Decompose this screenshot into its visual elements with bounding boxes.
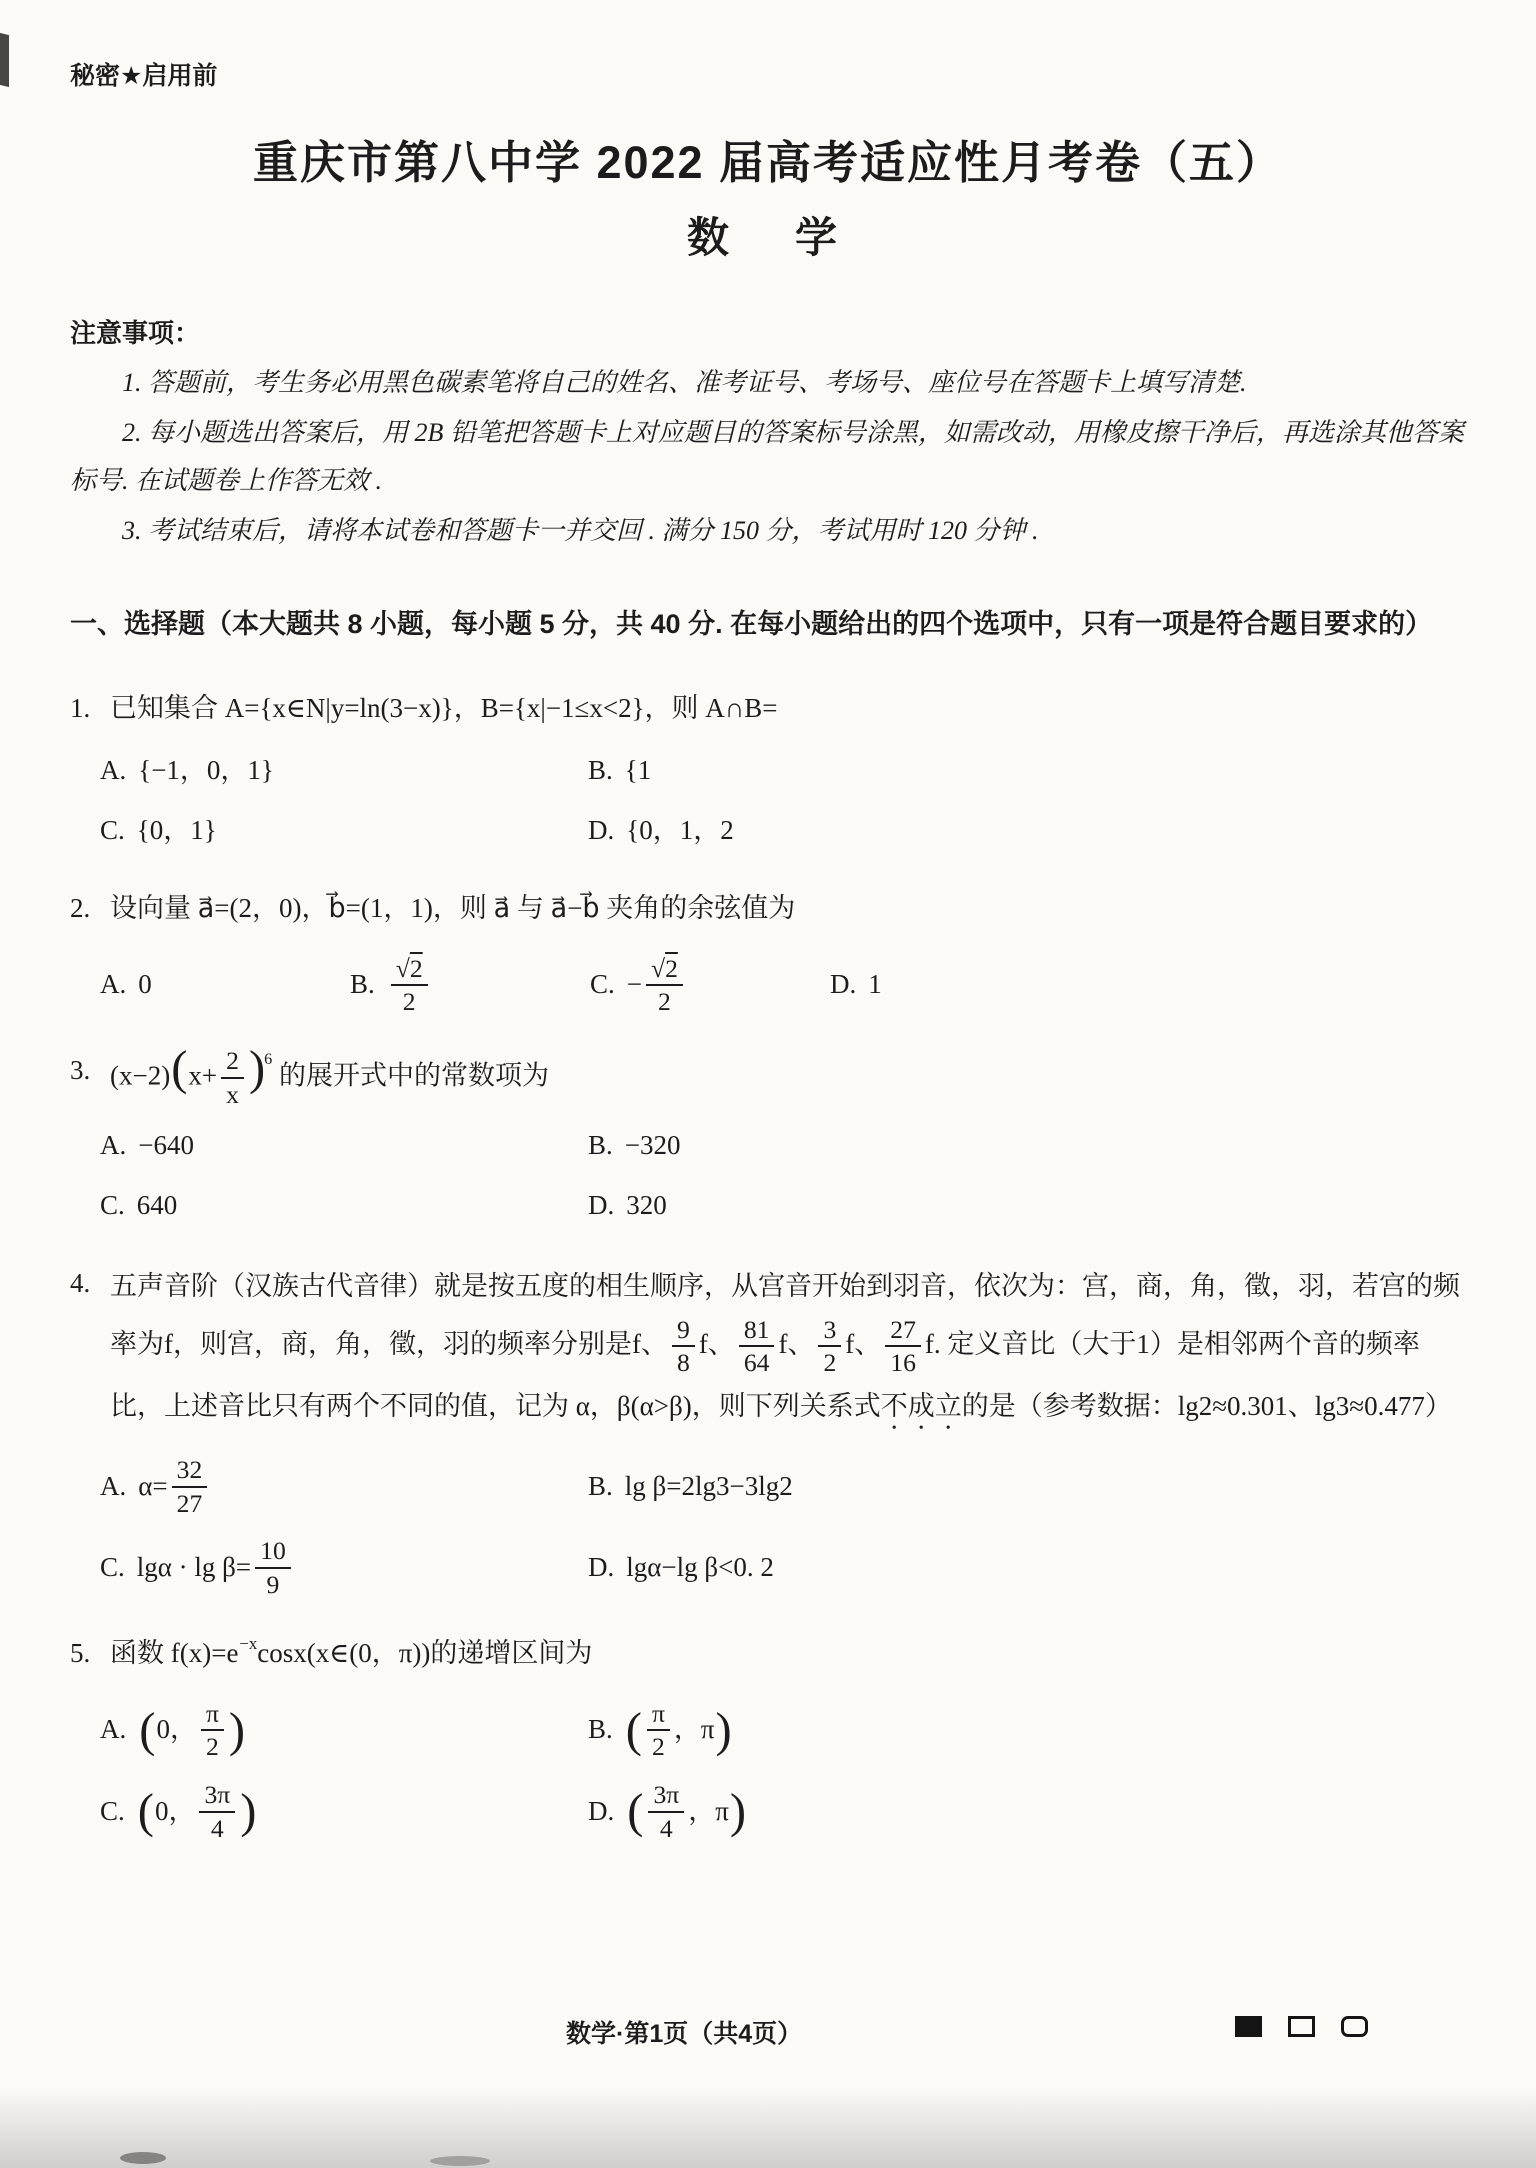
numerator: 27 <box>885 1316 921 1348</box>
option-label: C. <box>100 1789 125 1835</box>
numerator: 81 <box>739 1316 775 1348</box>
numerator: π <box>201 1700 224 1732</box>
numerator: π <box>647 1700 670 1732</box>
stem-text: 函数 f(x)=e <box>110 1638 238 1668</box>
option-3B: B. −320 <box>588 1123 1466 1169</box>
fraction: π2 <box>647 1700 670 1761</box>
option-text: 1 <box>868 962 882 1008</box>
option-3A: A. −640 <box>100 1123 588 1169</box>
option-label: B. <box>588 748 613 794</box>
fraction: 32 <box>818 1316 841 1377</box>
option-1A: A. {−1，0，1} <box>100 748 588 794</box>
option-3C: C. 640 <box>100 1183 588 1229</box>
page-footer: 数学·第1页（共4页） <box>0 2014 1536 2050</box>
numerator: 32 <box>172 1456 208 1488</box>
option-1C: C. {0，1} <box>100 808 588 854</box>
numerator: 3π <box>199 1781 235 1813</box>
fraction: 98 <box>672 1316 695 1377</box>
option-2B: B. √2 2 <box>350 955 590 1016</box>
option-label: D. <box>588 808 614 854</box>
option-text: lgα · lg β= <box>137 1545 251 1591</box>
footer-page-label: 数学·第1页（共4页） <box>566 2014 802 2050</box>
question-4: 4. 五声音阶（汉族古代音律）就是按五度的相生顺序，从宫音开始到羽音，依次为：宫… <box>70 1257 1466 1599</box>
denominator: 4 <box>211 1813 224 1843</box>
question-number: 2. <box>70 882 110 935</box>
option-text: {−1，0，1} <box>138 748 274 794</box>
fraction: 3π4 <box>648 1781 684 1842</box>
option-1B: B. {1 <box>588 748 1466 794</box>
option-4D: D. lgα−lg β<0. 2 <box>588 1545 1466 1591</box>
stem-text: 的是（参考数据：lg2≈0.301、lg3≈0.477） <box>962 1391 1452 1421</box>
denominator: 2 <box>652 1731 665 1761</box>
notice-heading: 注意事项： <box>70 309 1466 357</box>
option-3D: D. 320 <box>588 1183 1466 1229</box>
notice-item-2: 2. 每小题选出答案后，用 2B 铅笔把答题卡上对应题目的答案标号涂黑，如需改动… <box>70 409 1466 505</box>
radicand: 2 <box>410 954 423 983</box>
print-mark-square-icon <box>1288 2016 1315 2037</box>
option-label: C. <box>100 1183 125 1229</box>
option-text: −640 <box>138 1123 194 1169</box>
denominator: 27 <box>177 1488 203 1518</box>
denominator: 9 <box>267 1569 280 1599</box>
option-label: A. <box>100 748 126 794</box>
option-text: 320 <box>626 1183 667 1229</box>
stem-text: f、 <box>845 1329 881 1359</box>
option-text: {1 <box>625 748 651 794</box>
minus-sign: − <box>627 962 642 1008</box>
scan-artifact <box>430 2156 490 2166</box>
fraction: 3π4 <box>199 1781 235 1842</box>
question-number: 3. <box>70 1044 110 1109</box>
radicand: 2 <box>665 954 678 983</box>
option-5C: C. ( 0， 3π4 ) <box>100 1781 588 1842</box>
question-1: 1. 已知集合 A={x∈N|y=ln(3−x)}，B={x|−1≤x<2}，则… <box>70 682 1466 854</box>
numerator: 3π <box>648 1781 684 1813</box>
option-5A: A. ( 0， π2 ) <box>100 1700 588 1761</box>
stem-text: x+ <box>188 1060 217 1090</box>
option-label: D. <box>830 962 856 1008</box>
fraction: √2 2 <box>391 955 428 1016</box>
option-text: ，π <box>688 1789 729 1835</box>
options-row: C. lgα · lg β= 109 D. lgα−lg β<0. 2 <box>100 1537 1466 1598</box>
question-stem: 设向量 a⃗=(2，0)，b⃗=(1，1)，则 a⃗ 与 a⃗−b⃗ 夹角的余弦… <box>110 882 1466 935</box>
options-row: A. 0 B. √2 2 C. − √2 2 D. 1 <box>100 955 1466 1016</box>
fraction: 109 <box>255 1537 291 1598</box>
numerator: 3 <box>818 1316 841 1348</box>
question-stem: (x−2)(x+2x)6 的展开式中的常数项为 <box>110 1044 1466 1109</box>
close-paren: ) <box>229 1706 245 1755</box>
question-3: 3. (x−2)(x+2x)6 的展开式中的常数项为 A. −640 B. −3… <box>70 1044 1466 1229</box>
radical-sign: √ <box>651 954 665 983</box>
option-5B: B. ( π2 ，π ) <box>588 1700 1466 1761</box>
print-mark-filled-square-icon <box>1235 2016 1262 2037</box>
question-stem: 已知集合 A={x∈N|y=ln(3−x)}，B={x|−1≤x<2}，则 A∩… <box>110 682 1466 735</box>
stem-text: (x−2) <box>110 1060 170 1090</box>
fraction: 8164 <box>739 1316 775 1377</box>
option-4C: C. lgα · lg β= 109 <box>100 1537 588 1598</box>
fraction: 3227 <box>172 1456 208 1517</box>
notice-item-1: 1. 答题前，考生务必用黑色碳素笔将自己的姓名、准考证号、考场号、座位号在答题卡… <box>70 359 1466 407</box>
option-text: ，π <box>674 1707 715 1753</box>
option-label: C. <box>590 962 615 1008</box>
denominator: 16 <box>890 1347 916 1377</box>
stem-text: 的展开式中的常数项为 <box>272 1060 549 1090</box>
option-label: A. <box>100 1464 126 1510</box>
option-text: lgα−lg β<0. 2 <box>626 1545 774 1591</box>
question-number: 4. <box>70 1257 110 1437</box>
stem-text: f、 <box>699 1329 735 1359</box>
open-paren: ( <box>139 1706 155 1755</box>
option-label: B. <box>588 1123 613 1169</box>
denominator: 2 <box>658 986 671 1016</box>
fraction: 2x <box>221 1047 244 1108</box>
option-2A: A. 0 <box>100 962 350 1008</box>
options-row: A. α= 3227 B. lg β=2lg3−3lg2 <box>100 1456 1466 1517</box>
fraction: √2 2 <box>646 955 683 1016</box>
question-2: 2. 设向量 a⃗=(2，0)，b⃗=(1，1)，则 a⃗ 与 a⃗−b⃗ 夹角… <box>70 882 1466 1016</box>
notice-section: 注意事项： 1. 答题前，考生务必用黑色碳素笔将自己的姓名、准考证号、考场号、座… <box>70 309 1466 555</box>
emphasized-text: 不成立 <box>881 1391 962 1421</box>
option-text: −320 <box>625 1123 681 1169</box>
option-4A: A. α= 3227 <box>100 1456 588 1517</box>
close-paren: ) <box>249 1041 265 1095</box>
scan-artifact <box>120 2152 166 2164</box>
denominator: 2 <box>403 986 416 1016</box>
question-number: 5. <box>70 1627 110 1680</box>
page-title: 重庆市第八中学 2022 届高考适应性月考卷（五） <box>70 126 1466 191</box>
numerator: 2 <box>221 1047 244 1079</box>
open-paren: ( <box>627 1787 643 1836</box>
option-text: α= <box>138 1464 167 1510</box>
option-4B: B. lg β=2lg3−3lg2 <box>588 1464 1466 1510</box>
option-text: 0， <box>156 1707 197 1753</box>
subject-title: 数 学 <box>70 205 1466 265</box>
option-1D: D. {0，1，2 <box>588 808 1466 854</box>
option-label: A. <box>100 962 126 1008</box>
option-label: B. <box>350 962 375 1008</box>
option-label: D. <box>588 1789 614 1835</box>
denominator: 2 <box>823 1347 836 1377</box>
question-stem: 五声音阶（汉族古代音律）就是按五度的相生顺序，从宫音开始到羽音，依次为：宫，商，… <box>110 1257 1466 1437</box>
radical-sign: √ <box>396 954 410 983</box>
denominator: 2 <box>206 1731 219 1761</box>
denominator: 8 <box>677 1347 690 1377</box>
option-text: lg β=2lg3−3lg2 <box>625 1464 793 1510</box>
option-2D: D. 1 <box>830 962 1466 1008</box>
fraction: π2 <box>201 1700 224 1761</box>
option-label: A. <box>100 1123 126 1169</box>
option-label: A. <box>100 1707 126 1753</box>
option-label: D. <box>588 1183 614 1229</box>
numerator: √2 <box>646 955 683 987</box>
classification-label: 秘密★启用前 <box>70 56 1466 92</box>
denominator: 64 <box>744 1347 770 1377</box>
question-5: 5. 函数 f(x)=e−xcosx(x∈(0，π))的递增区间为 A. ( 0… <box>70 1627 1466 1842</box>
denominator: x <box>226 1079 239 1109</box>
option-label: D. <box>588 1545 614 1591</box>
stem-text: cosx(x∈(0，π))的递增区间为 <box>257 1638 592 1668</box>
options-row: C. ( 0， 3π4 ) D. ( 3π4 ，π ) <box>100 1781 1466 1842</box>
option-text: {0，1，2 <box>626 808 733 854</box>
option-text: 0 <box>138 962 152 1008</box>
numerator: 10 <box>255 1537 291 1569</box>
options-row: A. −640 B. −320 <box>100 1123 1466 1169</box>
notice-item-3: 3. 考试结束后，请将本试卷和答题卡一并交回 . 满分 150 分，考试用时 1… <box>70 507 1466 555</box>
question-number: 1. <box>70 682 110 735</box>
question-stem: 函数 f(x)=e−xcosx(x∈(0，π))的递增区间为 <box>110 1627 1466 1680</box>
options-row: C. {0，1} D. {0，1，2 <box>100 808 1466 854</box>
exam-paper-page: 秘密★启用前 重庆市第八中学 2022 届高考适应性月考卷（五） 数 学 注意事… <box>0 0 1536 2168</box>
options-row: A. {−1，0，1} B. {1 <box>100 748 1466 794</box>
close-paren: ) <box>730 1787 746 1836</box>
options-row: C. 640 D. 320 <box>100 1183 1466 1229</box>
option-label: C. <box>100 1545 125 1591</box>
open-paren: ( <box>138 1787 154 1836</box>
fraction: 2716 <box>885 1316 921 1377</box>
exponent: −x <box>239 1634 257 1653</box>
option-text: 0， <box>155 1789 196 1835</box>
option-label: C. <box>100 808 125 854</box>
open-paren: ( <box>626 1706 642 1755</box>
options-row: A. ( 0， π2 ) B. ( π2 ，π ) <box>100 1700 1466 1761</box>
stem-text: f. <box>925 1329 941 1359</box>
print-mark-rounded-square-icon <box>1341 2016 1368 2037</box>
option-text: {0，1} <box>137 808 217 854</box>
option-label: B. <box>588 1464 613 1510</box>
option-label: B. <box>588 1707 613 1753</box>
open-paren: ( <box>171 1041 187 1095</box>
section-heading: 一、选择题（本大题共 8 小题，每小题 5 分，共 40 分. 在每小题给出的四… <box>70 595 1466 653</box>
option-text: 640 <box>137 1183 178 1229</box>
stem-text: f、 <box>778 1329 814 1359</box>
option-5D: D. ( 3π4 ，π ) <box>588 1781 1466 1842</box>
numerator: √2 <box>391 955 428 987</box>
scan-artifact <box>0 33 9 87</box>
denominator: 4 <box>660 1813 673 1843</box>
print-marks <box>1213 2016 1368 2037</box>
numerator: 9 <box>672 1316 695 1348</box>
close-paren: ) <box>240 1787 256 1836</box>
close-paren: ) <box>716 1706 732 1755</box>
option-2C: C. − √2 2 <box>590 955 830 1016</box>
